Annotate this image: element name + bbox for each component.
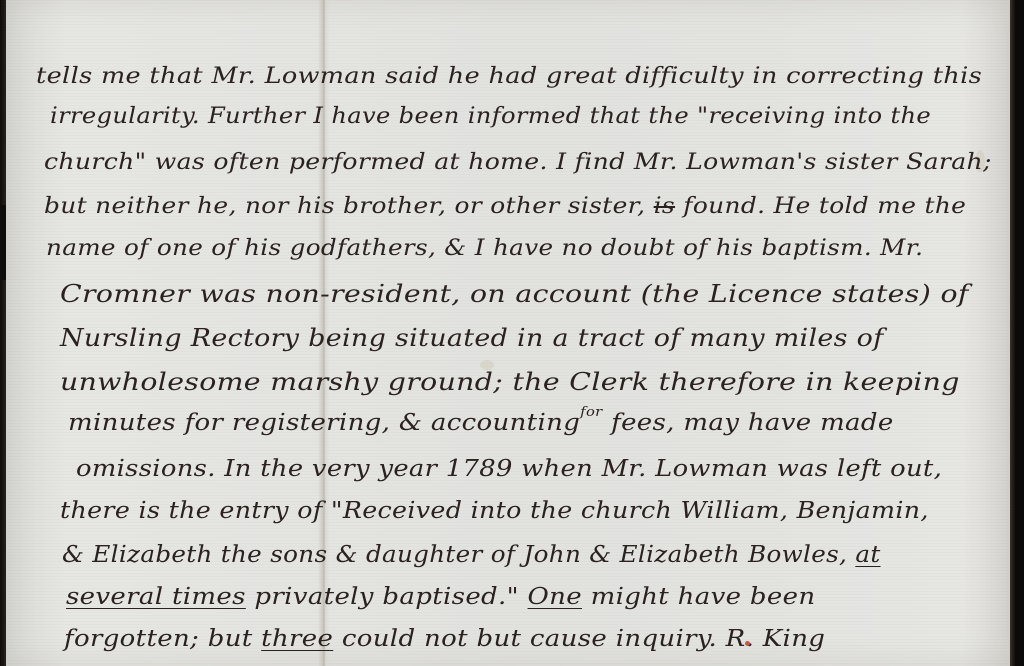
- line-text: found. He told me the: [675, 194, 966, 219]
- text-line-10: omissions. In the very year 1789 when Mr…: [76, 456, 942, 482]
- line-text: there is the entry of "Received into the…: [60, 498, 929, 524]
- line-text: Nursling Rectory being situated in a tra…: [60, 324, 883, 352]
- text-line-3: church" was often performed at home. I f…: [44, 150, 992, 175]
- line-text: tells me that Mr. Lowman said he had gre…: [36, 64, 982, 89]
- line-text: & Elizabeth the sons & daughter of John …: [62, 542, 855, 568]
- text-line-6: Cromner was non-resident, on account (th…: [60, 280, 969, 308]
- inserted-word: for: [580, 405, 602, 420]
- line-text: irregularity. Further I have been inform…: [50, 104, 931, 129]
- line-text: minutes for registering, & accounting: [68, 410, 580, 436]
- line-text: name of one of his godfathers, & I have …: [46, 236, 923, 261]
- line-text: fees, may have made: [603, 410, 894, 436]
- red-ink-mark: [745, 641, 750, 646]
- line-text: privately baptised.": [246, 584, 528, 610]
- struck-word: is: [654, 194, 675, 219]
- line-text: unwholesome marshy ground; the Clerk the…: [60, 368, 960, 396]
- handwritten-text: tells me that Mr. Lowman said he had gre…: [0, 0, 1024, 666]
- text-line-9: minutes for registering, & accountingfor…: [68, 410, 894, 436]
- line-text: but neither he, nor his brother, or othe…: [44, 194, 654, 219]
- text-line-4: but neither he, nor his brother, or othe…: [44, 194, 966, 219]
- text-line-13: several times privately baptised." One m…: [66, 584, 815, 610]
- text-line-14: forgotten; but three could not but cause…: [64, 626, 825, 652]
- text-line-11: there is the entry of "Received into the…: [60, 498, 929, 524]
- text-line-7: Nursling Rectory being situated in a tra…: [60, 324, 883, 352]
- text-line-2: irregularity. Further I have been inform…: [50, 104, 931, 129]
- line-text: omissions. In the very year 1789 when Mr…: [76, 456, 942, 482]
- underlined-word: three: [261, 626, 333, 652]
- line-text: forgotten; but: [64, 626, 261, 652]
- underlined-word: several times: [66, 584, 246, 610]
- line-text: could not but cause inquiry. R. King: [333, 626, 825, 652]
- line-text: church" was often performed at home. I f…: [44, 150, 992, 175]
- text-line-1: tells me that Mr. Lowman said he had gre…: [36, 64, 982, 89]
- scanned-page: tells me that Mr. Lowman said he had gre…: [0, 0, 1024, 666]
- text-line-8: unwholesome marshy ground; the Clerk the…: [60, 368, 960, 396]
- text-line-12: & Elizabeth the sons & daughter of John …: [62, 542, 881, 568]
- underlined-word: at: [855, 542, 880, 568]
- line-text: Cromner was non-resident, on account (th…: [60, 280, 969, 308]
- underlined-word: One: [528, 584, 582, 610]
- line-text: might have been: [582, 584, 815, 610]
- text-line-5: name of one of his godfathers, & I have …: [46, 236, 923, 261]
